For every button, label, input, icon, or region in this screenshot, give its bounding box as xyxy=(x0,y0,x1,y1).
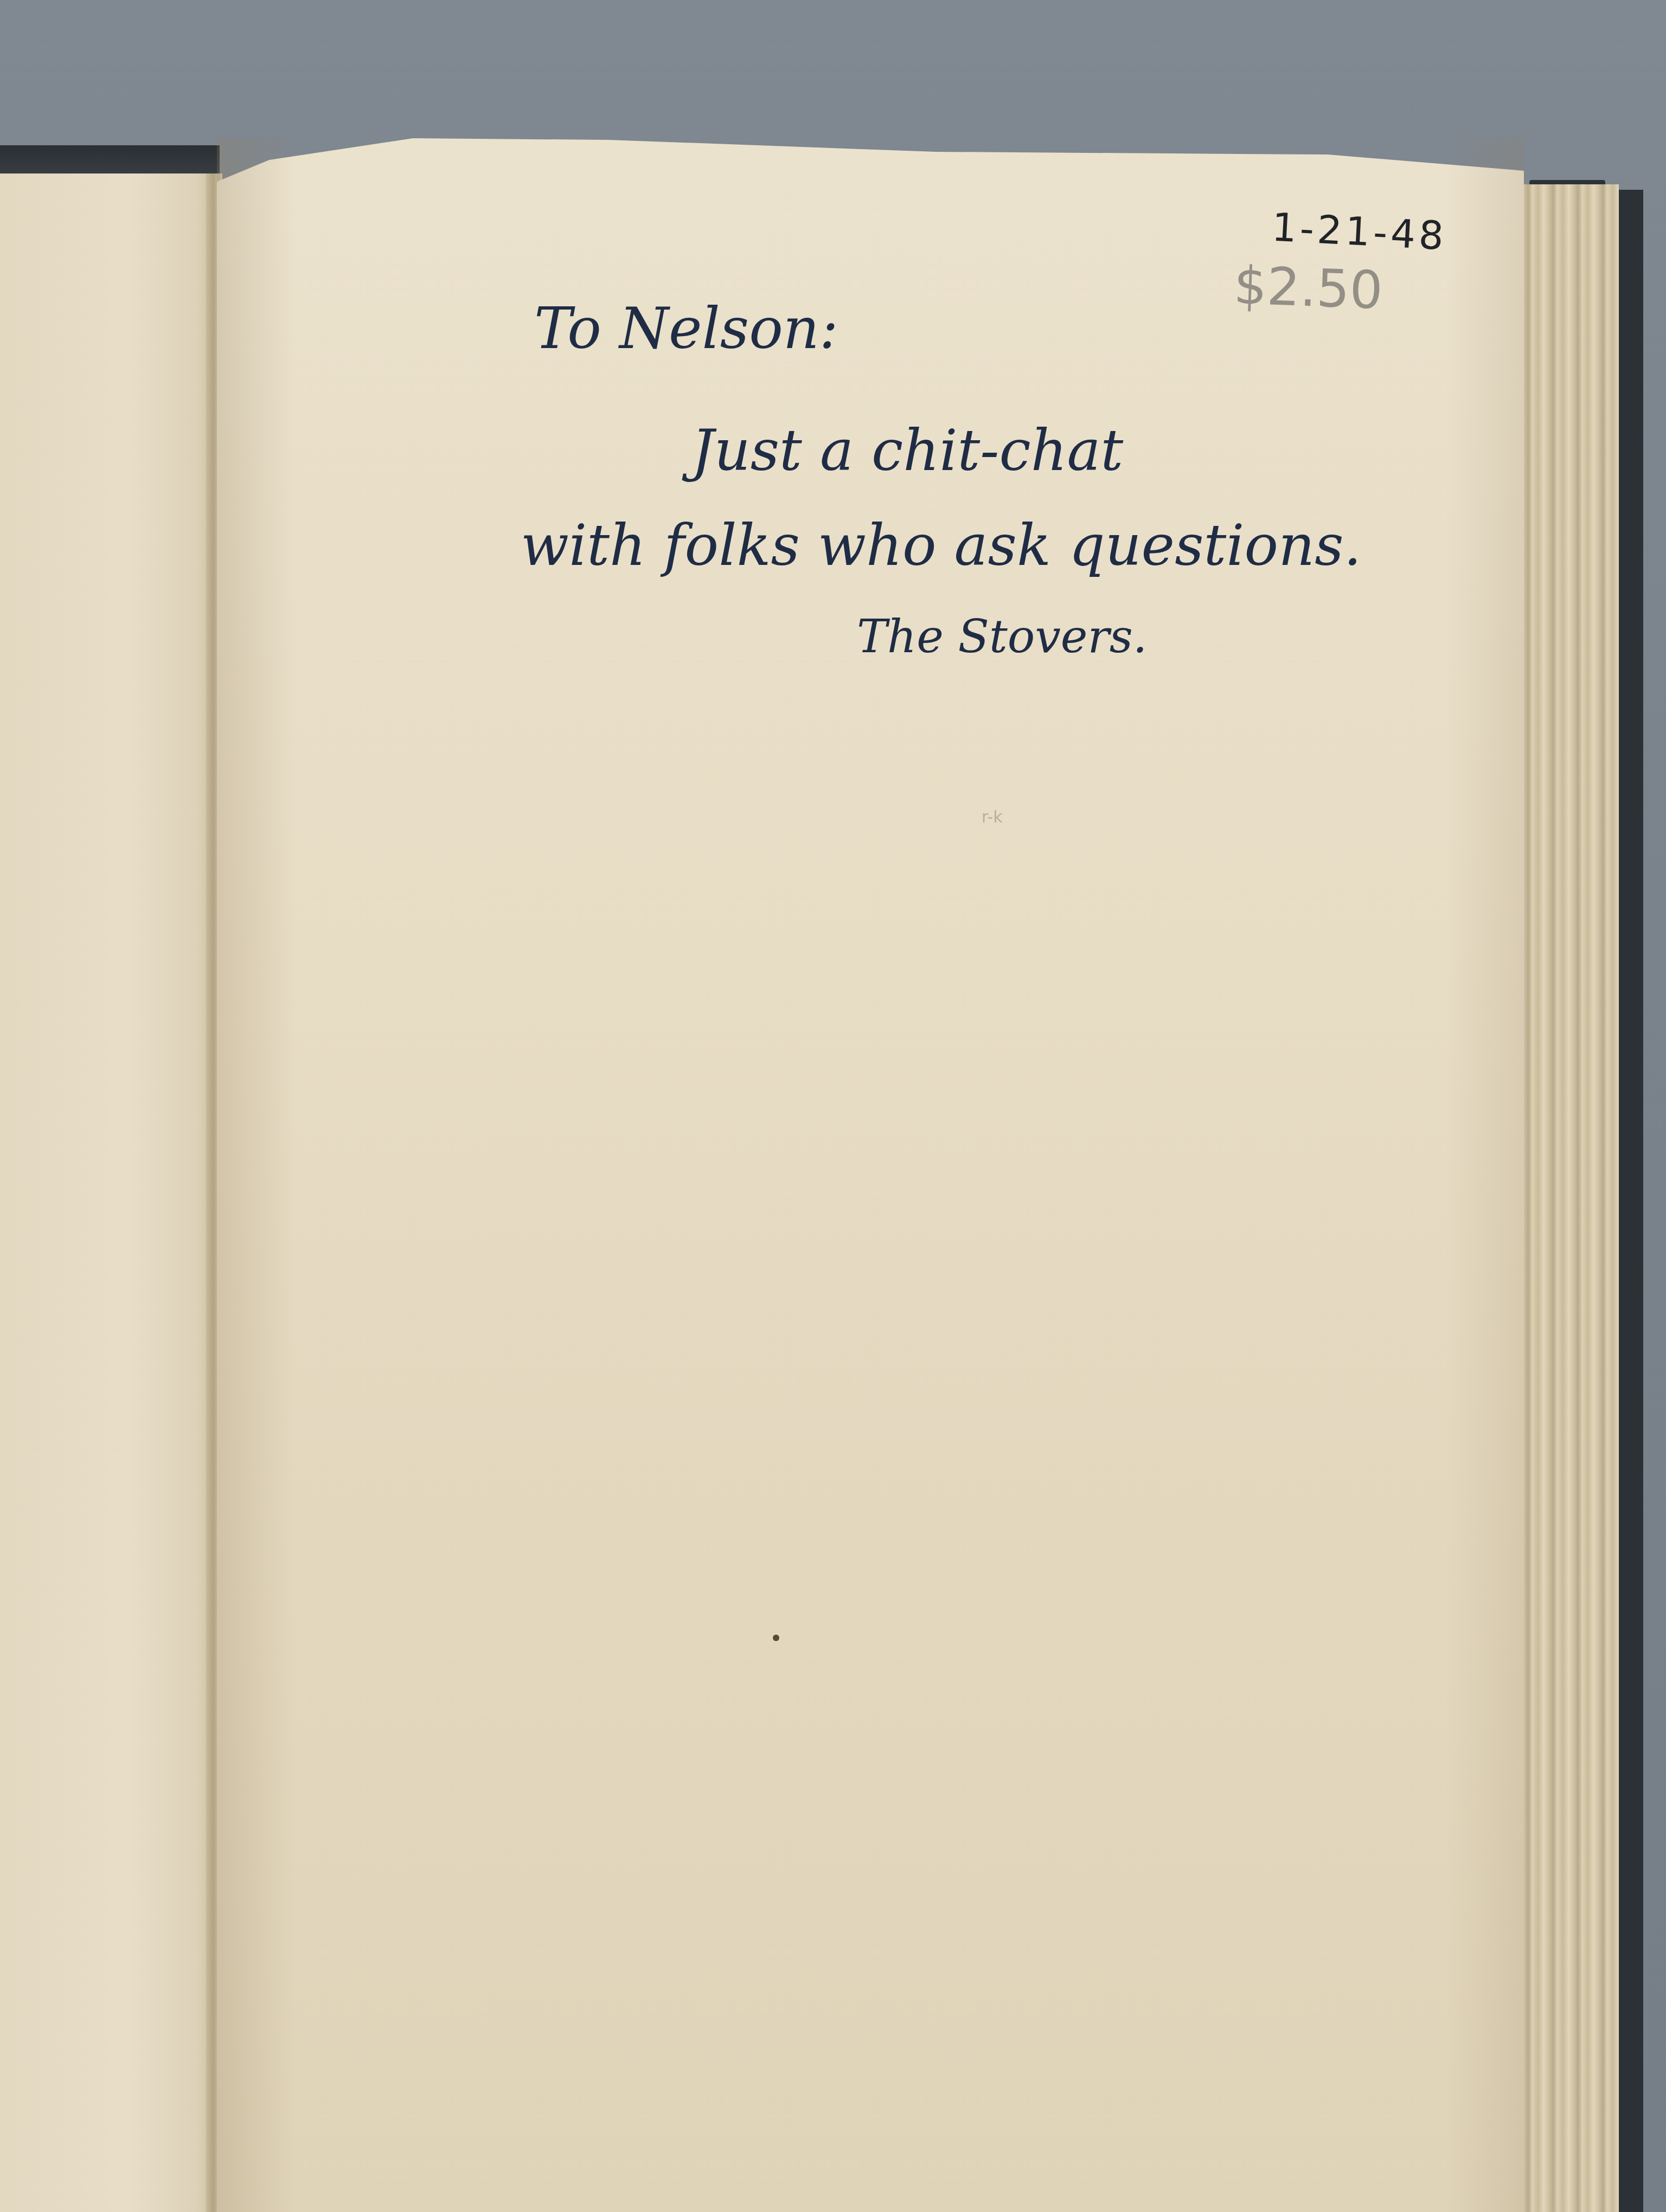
faint-pencil-mark: r-k xyxy=(982,808,1020,829)
inscription-line-1: Just a chit-chat xyxy=(691,417,1123,484)
inscription-greeting: To Nelson: xyxy=(534,295,838,362)
inscription-date: 1-21-48 xyxy=(1271,204,1448,259)
inscription-line-2: with folks who ask questions. xyxy=(521,512,1362,578)
left-page xyxy=(0,173,214,2212)
paper-spot xyxy=(773,1635,779,1641)
page-block-fore-edge xyxy=(1518,184,1619,2212)
inscription-signature: The Stovers. xyxy=(857,610,1148,663)
left-cover-edge xyxy=(0,145,220,178)
pencil-price: $2.50 xyxy=(1233,255,1384,321)
